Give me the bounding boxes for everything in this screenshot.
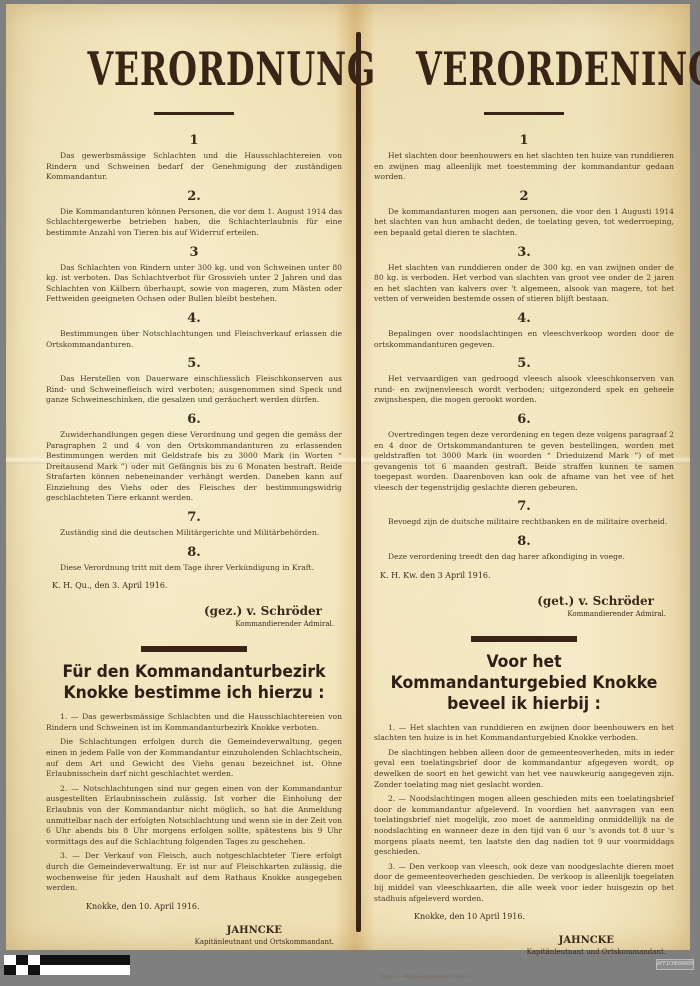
printer-note: Druck — Marine-Infanterie-Division bbox=[380, 974, 674, 980]
dutch-articles: 1Het slachten door beenhouwers en het sl… bbox=[374, 133, 674, 563]
article-text: Deze verordening treedt den dag harer af… bbox=[374, 552, 674, 563]
article-number: 6. bbox=[374, 412, 674, 427]
article-text: Het slachten van runddieren onder de 300… bbox=[374, 263, 674, 305]
article-text: Bepalingen over noodslachtingen en vlees… bbox=[374, 329, 674, 350]
color-scale-bar bbox=[4, 955, 130, 975]
subsection-text: 3. — Den verkoop van vleesch, ook deze v… bbox=[374, 862, 674, 904]
article-text: De kommandanturen mogen aan personen, di… bbox=[374, 207, 674, 239]
subsection-text: 1. — Das gewerbsmässige Schlachten und d… bbox=[46, 712, 342, 733]
article-number: 2. bbox=[46, 189, 342, 204]
article-text: Das Schlachten von Rindern unter 300 kg.… bbox=[46, 263, 342, 305]
article-text: Diese Verordnung tritt mit dem Tage ihre… bbox=[46, 563, 342, 574]
article-number: 4. bbox=[374, 311, 674, 326]
poster-sheet: VERORDNUNG 1Das gewerbsmässige Schlachte… bbox=[6, 4, 690, 950]
dutch-title: VERORDENING bbox=[416, 40, 632, 98]
dutch-signature-role: Kommandierender Admiral. bbox=[374, 610, 666, 618]
article-number: 3 bbox=[46, 245, 342, 260]
subsection-text: 2. — Notschlachtungen sind nur gegen ein… bbox=[46, 784, 342, 848]
article-number: 8. bbox=[374, 534, 674, 549]
article-text: Het slachten door beenhouwers en het sla… bbox=[374, 151, 674, 183]
article-number: 3. bbox=[374, 245, 674, 260]
dutch-date: K. H. Kw. den 3 April 1916. bbox=[380, 571, 674, 580]
german-subsections: 1. — Das gewerbsmässige Schlachten und d… bbox=[46, 712, 342, 894]
article-number: 7. bbox=[374, 499, 674, 514]
article-number: 5. bbox=[374, 356, 674, 371]
article-text: Bevoegd zijn de duitsche militaire recht… bbox=[374, 517, 674, 528]
german-sub-date: Knokke, den 10. April 1916. bbox=[86, 902, 342, 911]
german-sub-signature-role: Kapitänleutnant und Ortskommandant. bbox=[46, 938, 334, 946]
article-number: 1 bbox=[46, 133, 342, 148]
article-text: Die Kommandanturen können Personen, die … bbox=[46, 207, 342, 239]
article-number: 4. bbox=[46, 311, 342, 326]
dutch-signature: (get.) v. Schröder bbox=[374, 594, 654, 608]
article-text: Overtredingen tegen deze verordening en … bbox=[374, 430, 674, 494]
german-date: K. H. Qu., den 3. April 1916. bbox=[52, 581, 342, 590]
german-subheading: Für den Kommandanturbezirk Knokke bestim… bbox=[58, 662, 330, 704]
german-articles: 1Das gewerbsmässige Schlachten und die H… bbox=[46, 133, 342, 573]
section-rule bbox=[141, 646, 247, 652]
article-text: Zuständig sind die deutschen Militärgeri… bbox=[46, 528, 342, 539]
dutch-sub-signature: JAHNCKE bbox=[374, 935, 614, 946]
article-text: Bestimmungen über Notschlachtungen und F… bbox=[46, 329, 342, 350]
article-number: 1 bbox=[374, 133, 674, 148]
german-title: VERORDNUNG bbox=[87, 40, 300, 98]
article-text: Het vervaardigen van gedroogd vleesch al… bbox=[374, 374, 674, 406]
dutch-sub-date: Knokke, den 10 April 1916. bbox=[414, 912, 674, 921]
article-number: 6. bbox=[46, 412, 342, 427]
archive-id-label: AFFICHE00000 bbox=[656, 959, 694, 970]
title-rule bbox=[154, 112, 234, 115]
article-number: 7. bbox=[46, 510, 342, 525]
german-sub-signature: JAHNCKE bbox=[46, 925, 282, 936]
german-column: VERORDNUNG 1Das gewerbsmässige Schlachte… bbox=[46, 40, 342, 946]
article-number: 2 bbox=[374, 189, 674, 204]
subsection-text: 1. — Het slachten van runddieren en zwij… bbox=[374, 723, 674, 744]
article-text: Das Herstellen von Dauerware einschliess… bbox=[46, 374, 342, 406]
subsection-text: De slachtingen hebben alleen door de gem… bbox=[374, 748, 674, 790]
subsection-text: 3. — Der Verkauf von Fleisch, auch notge… bbox=[46, 851, 342, 893]
title-rule bbox=[484, 112, 564, 115]
article-text: Das gewerbsmässige Schlachten und die Ha… bbox=[46, 151, 342, 183]
subsection-text: 2. — Noodslachtingen mogen alleen geschi… bbox=[374, 794, 674, 858]
dutch-column: VERORDENING 1Het slachten door beenhouwe… bbox=[374, 40, 674, 980]
article-number: 5. bbox=[46, 356, 342, 371]
dutch-subsections: 1. — Het slachten van runddieren en zwij… bbox=[374, 723, 674, 905]
subsection-text: Die Schlachtungen erfolgen durch die Gem… bbox=[46, 737, 342, 779]
dutch-subheading: Voor het Kommandanturgebied Knokke bevee… bbox=[386, 652, 662, 715]
article-number: 8. bbox=[46, 545, 342, 560]
column-divider bbox=[356, 32, 361, 932]
article-text: Zuwiderhandlungen gegen diese Verordnung… bbox=[46, 430, 342, 504]
german-signature-role: Kommandierender Admiral. bbox=[46, 620, 334, 628]
section-rule bbox=[471, 636, 577, 642]
german-signature: (gez.) v. Schröder bbox=[46, 604, 322, 618]
dutch-sub-signature-role: Kapitänleutnant und Ortskommandant. bbox=[374, 948, 666, 956]
